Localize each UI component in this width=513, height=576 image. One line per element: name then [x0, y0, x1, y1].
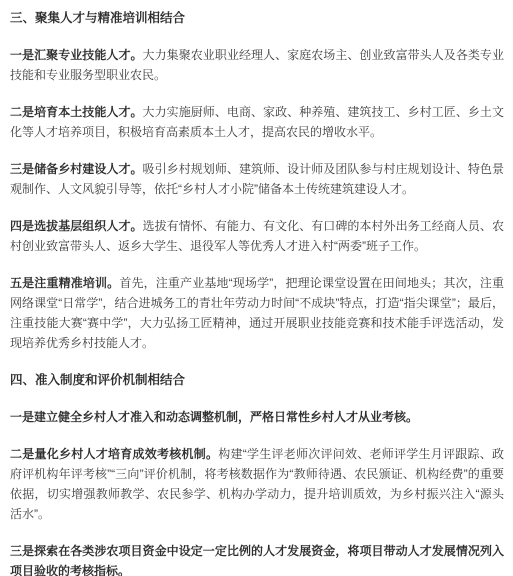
paragraph-talent-gather-1: 一是汇聚专业技能人才。大力集聚农业职业经理人、家庭农场主、创业致富带头人及各类专…: [10, 45, 504, 85]
paragraph-lead: 四是选拔基层组织人才。: [10, 219, 143, 233]
paragraph-evaluation-2: 二是量化乡村人才培育成效考核机制。构建“学生评老师次评问效、老师评学生月评跟踪、…: [10, 444, 504, 524]
paragraph-lead: 一是汇聚专业技能人才。: [10, 48, 143, 62]
article-body: 三、聚集人才与精准培训相结合 一是汇聚专业技能人才。大力集聚农业职业经理人、家庭…: [0, 0, 513, 576]
paragraph-lead: 二是量化乡村人才培育成效考核机制。: [10, 447, 218, 461]
paragraph-talent-gather-5: 五是注重精准培训。首先，注重产业基地“现场学”，把理论课堂设置在田间地头；其次，…: [10, 273, 504, 353]
paragraph-lead: 三是储备乡村建设人才。: [10, 162, 143, 176]
section-heading-3: 三、聚集人才与精准培训相结合: [10, 8, 504, 28]
paragraph-lead: 五是注重精准培训。: [10, 276, 119, 290]
paragraph-evaluation-3: 三是探索在各类涉农项目资金中设定一定比例的人才发展资金，将项目带动人才发展情况列…: [10, 541, 504, 576]
paragraph-evaluation-1: 一是建立健全乡村人才准入和动态调整机制，严格日常性乡村人才从业考核。: [10, 407, 504, 427]
paragraph-talent-gather-4: 四是选拔基层组织人才。选拔有情怀、有能力、有文化、有口碑的本村外出务工经商人员、…: [10, 216, 504, 256]
paragraph-lead: 一是建立健全乡村人才准入和动态调整机制，严格日常性乡村人才从业考核。: [10, 410, 418, 424]
paragraph-talent-gather-3: 三是储备乡村建设人才。吸引乡村规划师、建筑师、设计师及团队参与村庄规划设计、特色…: [10, 159, 504, 199]
section-heading-4: 四、准入制度和评价机制相结合: [10, 370, 504, 390]
paragraph-lead: 二是培育本土技能人才。: [10, 105, 143, 119]
paragraph-lead: 三是探索在各类涉农项目资金中设定一定比例的人才发展资金，将项目带动人才发展情况列…: [10, 544, 504, 576]
paragraph-talent-gather-2: 二是培育本土技能人才。大力实施厨师、电商、家政、种养殖、建筑技工、乡村工匠、乡土…: [10, 102, 504, 142]
